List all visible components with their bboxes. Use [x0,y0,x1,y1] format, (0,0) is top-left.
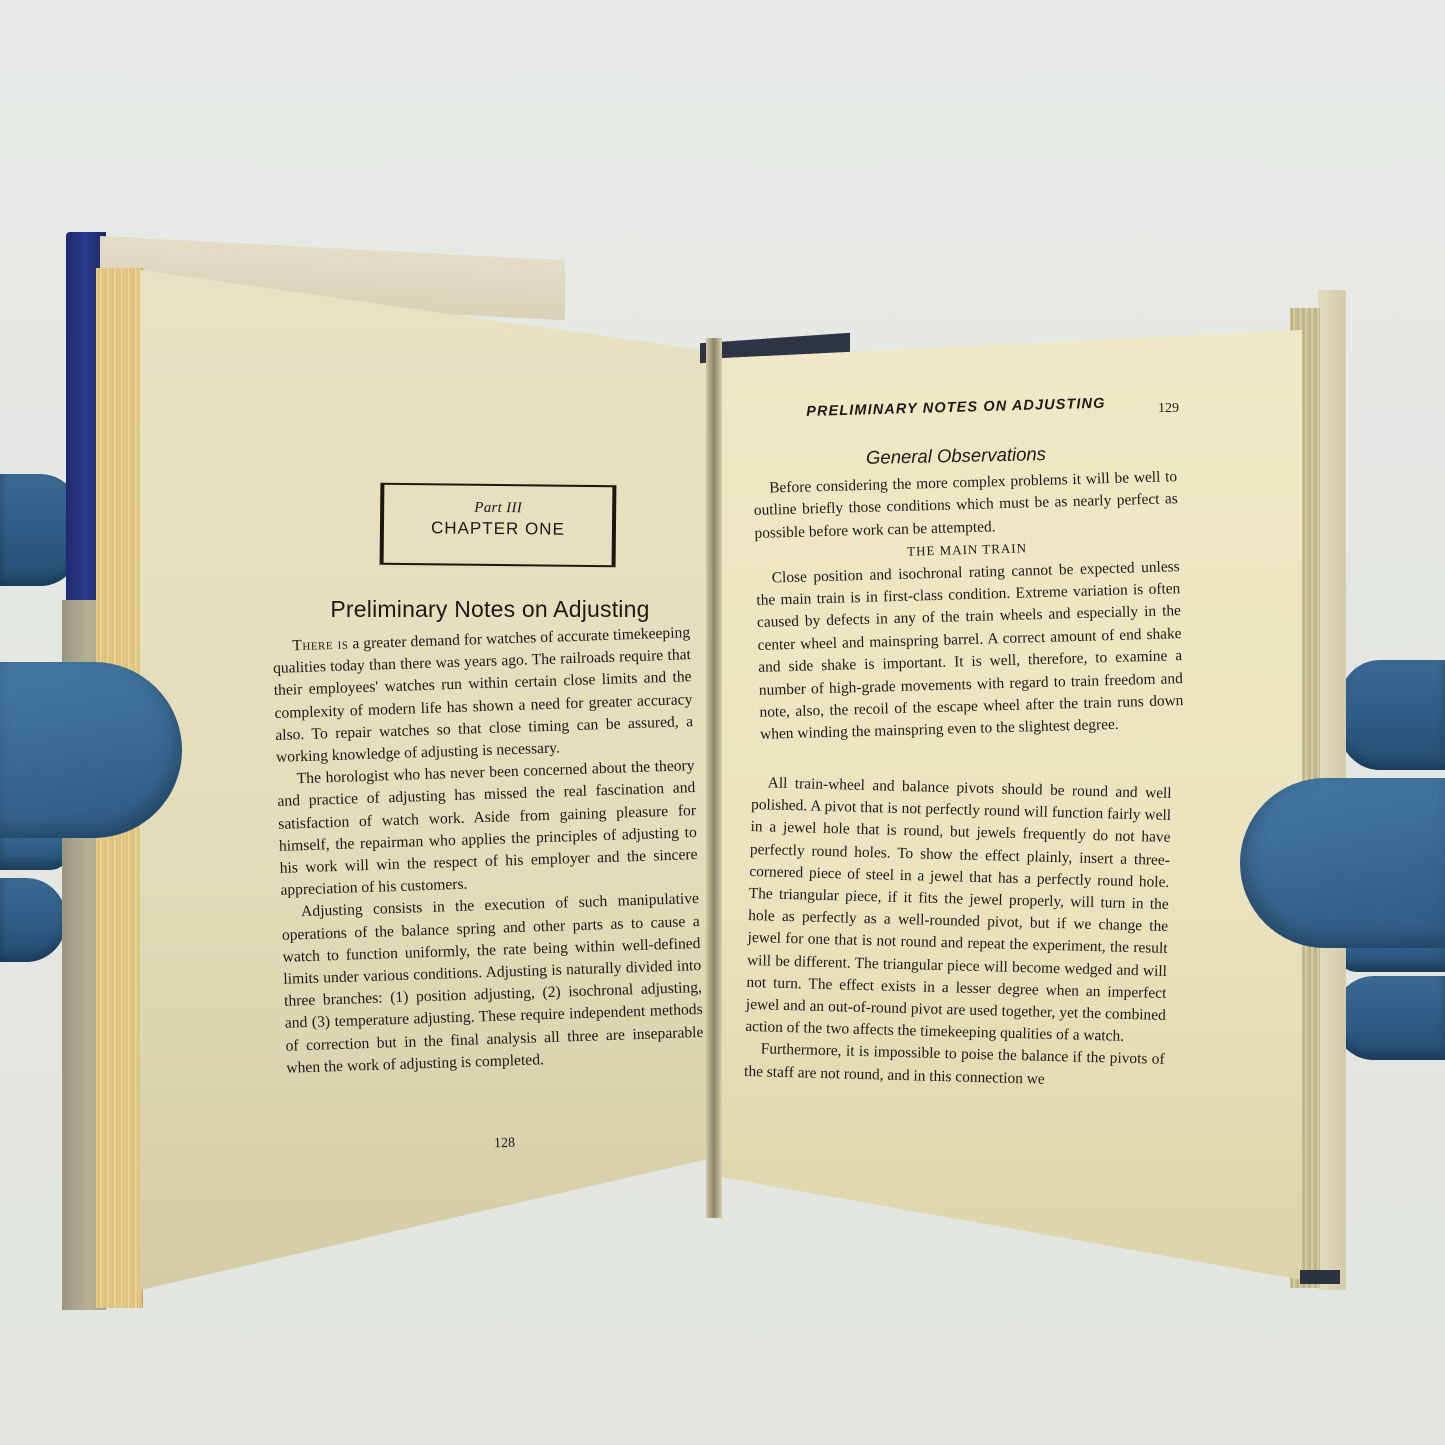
right-page-body-bottom: All train-wheel and balance pivots shoul… [744,772,1172,1094]
book-cover-corner [1300,1270,1340,1284]
page-number-right: 129 [1158,401,1179,417]
lead-in: There is [292,635,349,654]
book-gutter [706,338,722,1218]
chapter-heading-box: Part III CHAPTER ONE [380,483,617,567]
chapter-label: CHAPTER ONE [384,518,612,540]
intro-paragraph: Before considering the more complex prob… [753,466,1179,545]
paragraph: Adjusting consists in the execution of s… [281,888,705,1079]
left-glove-thumb [0,662,182,838]
section-title: General Observations [866,443,1046,469]
left-glove-finger-4 [0,878,66,962]
left-page-body: There is a greater demand for watches of… [272,622,704,1080]
paragraph: Close position and isochronal rating can… [756,556,1185,747]
right-glove-thumb [1240,778,1445,948]
part-label: Part III [384,499,612,518]
right-page-body-top: Before considering the more complex prob… [753,466,1184,747]
right-glove-finger-4 [1334,976,1445,1060]
right-glove-finger-1 [1340,660,1445,770]
paragraph: The horologist who has never been concer… [276,755,698,902]
page-number-left: 128 [494,1136,515,1153]
paragraph: There is a greater demand for watches of… [272,622,694,769]
chapter-title: Preliminary Notes on Adjusting [300,596,680,623]
paragraph: All train-wheel and balance pivots shoul… [745,772,1172,1049]
